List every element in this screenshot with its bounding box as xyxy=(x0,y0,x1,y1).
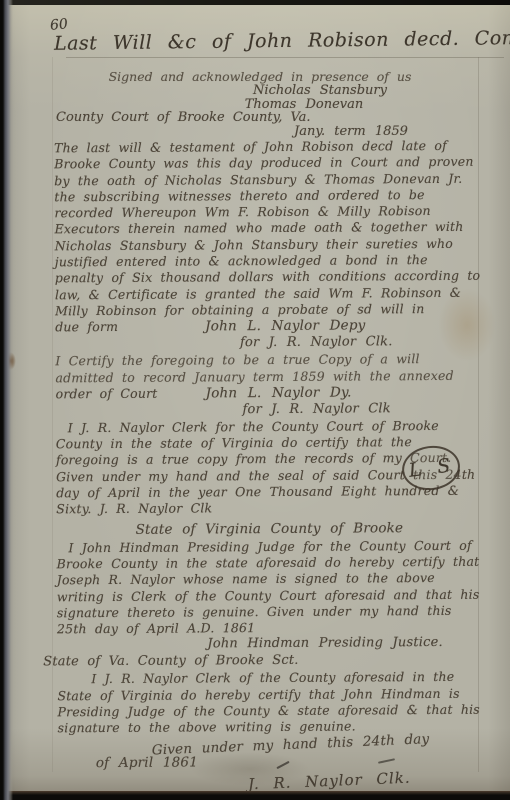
record-body-column: The last will & testament of John Robiso… xyxy=(54,138,484,789)
court-term-line: Jany. term 1859 xyxy=(253,124,449,139)
deputy-clerk-signature: John L. Naylor Dy. xyxy=(206,384,352,401)
ruled-header-line xyxy=(66,57,504,58)
attestation-line: Signed and acknowledged in presence of u… xyxy=(92,69,428,84)
clerk-signature: J. R. Naylor Clk xyxy=(100,501,213,517)
witness-signature-1: Nicholas Stansbury xyxy=(205,83,435,98)
will-record-page-scan: 60 Last Will &c of John Robison decd. Co… xyxy=(0,0,510,800)
copy-certificate-last-words: order of Court xyxy=(56,386,158,403)
probate-order-paragraph: The last will & testament of John Robiso… xyxy=(54,138,481,320)
deputy-clerk-signature: John L. Naylor Depy xyxy=(205,318,365,335)
copy-certificate-paragraph: I Certify the foregoing to be a true Cop… xyxy=(55,351,481,386)
court-caption: County Court of Brooke County, Va. xyxy=(56,110,311,125)
book-binding-edge xyxy=(0,0,13,800)
final-certificate-paragraph: I J. R. Naylor Clerk of the County afore… xyxy=(57,669,483,737)
seal-ls-monogram: L S xyxy=(408,457,454,479)
scan-edge-bottom xyxy=(0,791,510,800)
page-number: 60 xyxy=(49,16,68,34)
clerk-certificate-block: I J. R. Naylor Clerk for the County Cour… xyxy=(56,418,483,518)
presiding-justice-signature: John Hindman Presiding Justice. xyxy=(112,635,510,655)
judge-certificate-paragraph: I John Hindman Presiding Judge for the C… xyxy=(56,537,483,637)
probate-order-last-words: due form xyxy=(55,319,118,336)
scan-edge-top xyxy=(0,0,510,5)
